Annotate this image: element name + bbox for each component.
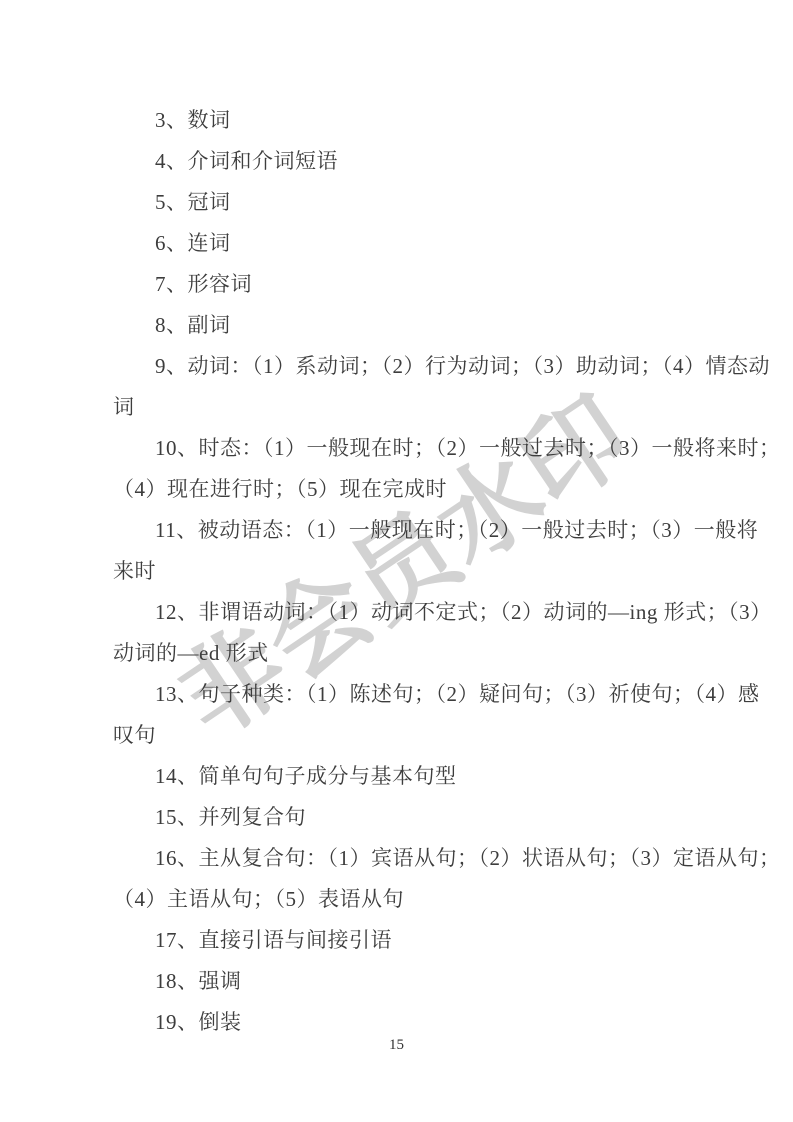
page-number: 15: [0, 1034, 793, 1056]
text-line: 10、时态：（1）一般现在时；（2）一般过去时；（3）一般将来时；: [113, 428, 693, 469]
text-line: 叹句: [113, 715, 693, 756]
text-line: 14、简单句句子成分与基本句型: [113, 756, 693, 797]
text-line: 15、并列复合句: [113, 797, 693, 838]
text-line: （4）主语从句；（5）表语从句: [113, 879, 693, 920]
text-line: 7、形容词: [113, 264, 693, 305]
text-line: 12、非谓语动词：（1）动词不定式；（2）动词的—ing 形式；（3）: [113, 592, 693, 633]
text-line: 13、句子种类：（1）陈述句；（2）疑问句；（3）祈使句；（4）感: [113, 674, 693, 715]
text-line: 5、冠词: [113, 182, 693, 223]
text-line: 来时: [113, 551, 693, 592]
text-line: 4、介词和介词短语: [113, 141, 693, 182]
text-line: 17、直接引语与间接引语: [113, 920, 693, 961]
document-page: 非会员水印 3、数词4、介词和介词短语5、冠词6、连词7、形容词8、副词9、动词…: [0, 0, 793, 1122]
text-line: 6、连词: [113, 223, 693, 264]
text-line: 18、强调: [113, 961, 693, 1002]
document-body: 3、数词4、介词和介词短语5、冠词6、连词7、形容词8、副词9、动词：（1）系动…: [113, 100, 693, 1043]
text-line: 9、动词：（1）系动词；（2）行为动词；（3）助动词；（4）情态动: [113, 346, 693, 387]
text-line: 16、主从复合句：（1）宾语从句；（2）状语从句；（3）定语从句；: [113, 838, 693, 879]
text-line: 8、副词: [113, 305, 693, 346]
text-line: 动词的—ed 形式: [113, 633, 693, 674]
text-line: 3、数词: [113, 100, 693, 141]
text-line: （4）现在进行时；（5）现在完成时: [113, 469, 693, 510]
text-line: 11、被动语态：（1）一般现在时；（2）一般过去时；（3）一般将: [113, 510, 693, 551]
text-line: 词: [113, 387, 693, 428]
